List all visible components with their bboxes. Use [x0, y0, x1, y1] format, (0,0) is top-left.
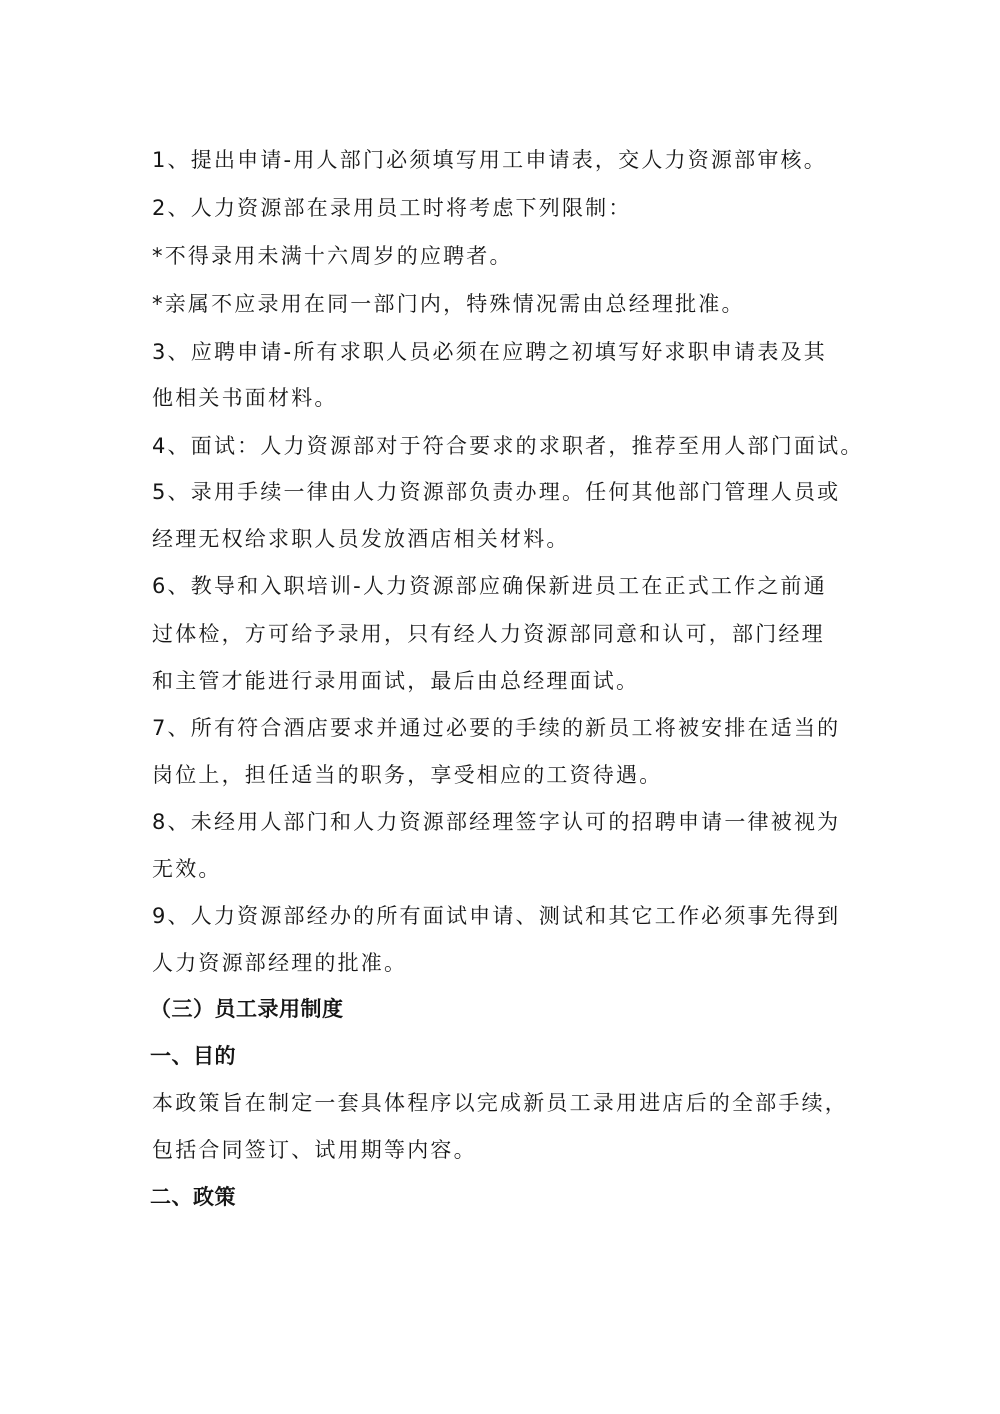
- section-heading: （三）员工录用制度: [150, 995, 344, 1023]
- text-line: 人力资源部经理的批准。: [152, 949, 407, 977]
- text-line: 无效。: [152, 855, 222, 883]
- section-heading: 一、目的: [150, 1042, 236, 1070]
- text-line: 9、人力资源部经办的所有面试申请、测试和其它工作必须事先得到: [152, 902, 840, 930]
- text-line: *亲属不应录用在同一部门内，特殊情况需由总经理批准。: [152, 290, 745, 318]
- text-line: 和主管才能进行录用面试，最后由总经理面试。: [152, 667, 639, 695]
- text-line: *不得录用未满十六周岁的应聘者。: [152, 242, 513, 270]
- text-line: 2、人力资源部在录用员工时将考虑下列限制：: [152, 194, 632, 222]
- text-line: 经理无权给求职人员发放酒店相关材料。: [152, 525, 570, 553]
- text-line: 3、应聘申请-所有求职人员必须在应聘之初填写好求职申请表及其: [152, 338, 827, 366]
- text-line: 1、提出申请-用人部门必须填写用工申请表，交人力资源部审核。: [152, 146, 827, 174]
- text-line: 4、面试：人力资源部对于符合要求的求职者，推荐至用人部门面试。: [152, 432, 864, 460]
- text-line: 包括合同签订、试用期等内容。: [152, 1136, 477, 1164]
- text-line: 6、教导和入职培训-人力资源部应确保新进员工在正式工作之前通: [152, 572, 827, 600]
- text-line: 5、录用手续一律由人力资源部负责办理。任何其他部门管理人员或: [152, 478, 840, 506]
- text-line: 他相关书面材料。: [152, 384, 338, 412]
- text-line: 本政策旨在制定一套具体程序以完成新员工录用进店后的全部手续，: [152, 1089, 848, 1117]
- text-line: 7、所有符合酒店要求并通过必要的手续的新员工将被安排在适当的: [152, 714, 840, 742]
- text-line: 岗位上，担任适当的职务，享受相应的工资待遇。: [152, 761, 662, 789]
- text-line: 过体检，方可给予录用，只有经人力资源部同意和认可，部门经理: [152, 620, 825, 648]
- document-page: 1、提出申请-用人部门必须填写用工申请表，交人力资源部审核。2、人力资源部在录用…: [0, 0, 1000, 1414]
- section-heading: 二、政策: [150, 1183, 236, 1211]
- text-line: 8、未经用人部门和人力资源部经理签字认可的招聘申请一律被视为: [152, 808, 840, 836]
